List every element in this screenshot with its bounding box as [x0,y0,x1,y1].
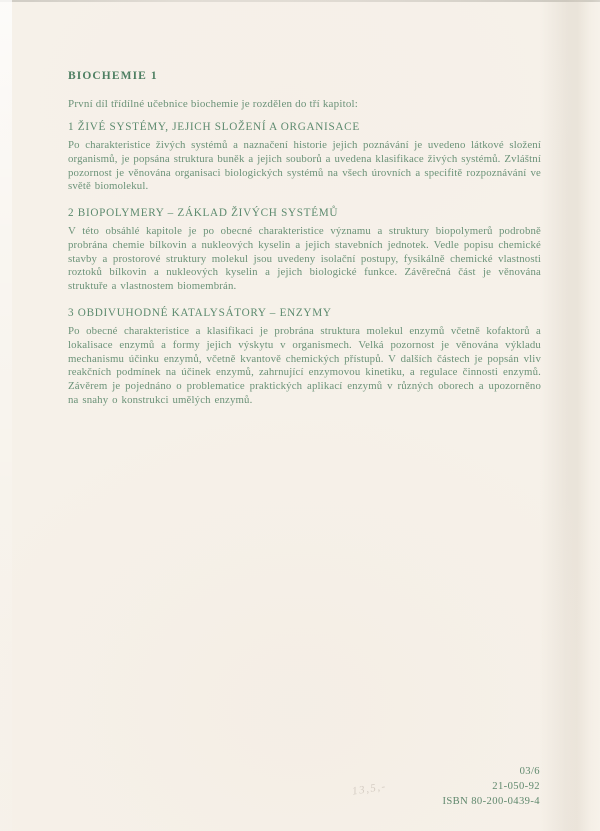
intro-line: První díl třídílné učebnice biochemie je… [68,98,541,110]
book-back-cover: { "document": { "title": "BIOCHEMIE 1", … [0,0,600,831]
book-title: BIOCHEMIE 1 [68,70,158,82]
isbn: ISBN 80-200-0439-4 [442,794,540,809]
scan-top-edge [0,0,600,2]
page-left-highlight [0,0,12,831]
order-number: 21-050-92 [442,779,540,794]
chapter-3-heading: 3 OBDIVUHODNÉ KATALYSÁTORY – ENZYMY [68,307,332,319]
chapter-1-heading: 1 ŽIVÉ SYSTÉMY, JEJICH SLOŽENÍ A ORGANIS… [68,121,360,133]
page-curl-shadow [540,0,600,831]
chapter-1-summary: Po charakteristice živých systémů a nazn… [68,139,541,194]
chapter-2-summary: V této obsáhlé kapitole je po obecné cha… [68,225,541,294]
chapter-3-summary: Po obecné charakteristice a klasifikaci … [68,325,541,408]
pencil-annotation: 13,5,- [351,780,387,797]
imprint-block: 03/6 21-050-92 ISBN 80-200-0439-4 [442,764,540,810]
chapter-2-heading: 2 BIOPOLYMERY – ZÁKLAD ŽIVÝCH SYSTÉMŮ [68,207,338,219]
edition-code: 03/6 [442,764,540,779]
